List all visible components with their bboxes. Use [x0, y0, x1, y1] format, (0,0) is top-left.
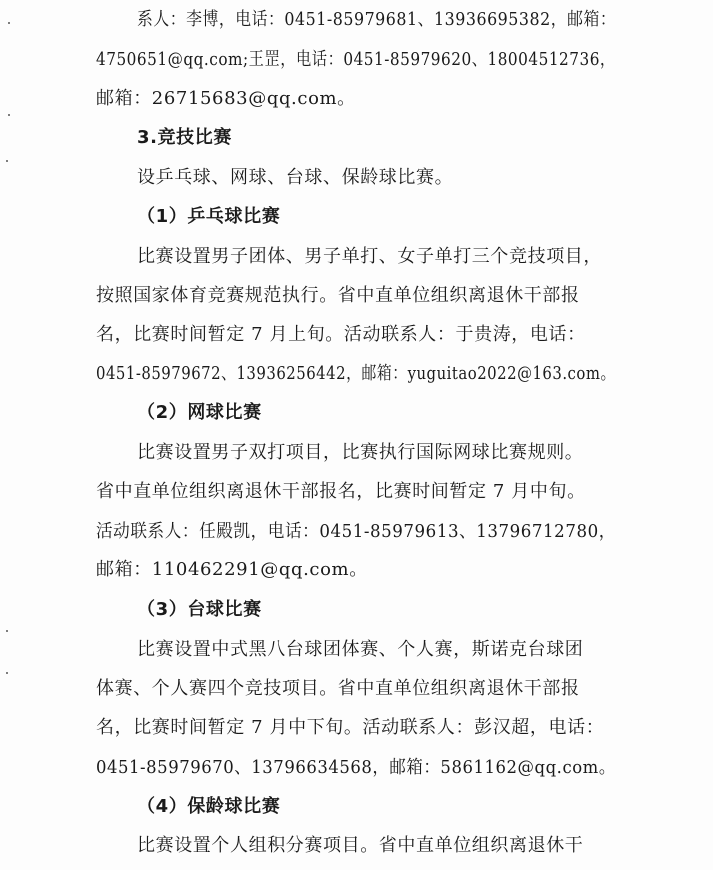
paragraph-line: 邮箱：110462291@qq.com。 — [96, 558, 616, 582]
text-line: 系人：李博，电话：0451-85979681、13936695382，邮箱： — [137, 8, 559, 32]
paragraph-line: 比赛设置中式黑八台球团体赛、个人赛，斯诺克台球团 — [137, 638, 616, 662]
scan-speck — [6, 630, 8, 632]
paragraph-line: 比赛设置男子双打项目，比赛执行国际网球比赛规则。 — [137, 441, 616, 465]
paragraph-line: 比赛设置男子团体、男子单打、女子单打三个竞技项目， — [137, 245, 616, 269]
text-line: 邮箱：26715683@qq.com。 — [96, 87, 616, 111]
section-heading: 3.竞技比赛 — [137, 126, 616, 150]
subsection-heading-tennis: （2）网球比赛 — [137, 401, 616, 425]
paragraph-line: 省中直单位组织离退休干部报名，比赛时间暂定 7 月中旬。 — [96, 480, 616, 504]
subsection-heading-billiards: （3）台球比赛 — [137, 598, 616, 622]
text-line: 4750651@qq.com;王罡，电话：0451-85979620、18004… — [96, 48, 537, 72]
subsection-heading-bowling: （4）保龄球比赛 — [137, 795, 616, 819]
subsection-heading-table-tennis: （1）乒乓球比赛 — [137, 205, 616, 229]
scan-speck — [8, 22, 10, 24]
paragraph-line: 比赛设置个人组积分赛项目。省中直单位组织离退休干 — [137, 834, 616, 858]
paragraph-line: 按照国家体育竞赛规范执行。省中直单位组织离退休干部报 — [96, 284, 616, 308]
paragraph-line: 体赛、个人赛四个竞技项目。省中直单位组织离退休干部报 — [96, 677, 616, 701]
paragraph-line: 活动联系人：任殿凯，电话：0451-85979613、13796712780， — [96, 520, 576, 544]
scan-speck — [6, 672, 8, 674]
document-page: 系人：李博，电话：0451-85979681、13936695382，邮箱： 4… — [0, 0, 713, 870]
section-intro: 设乒乓球、网球、台球、保龄球比赛。 — [137, 166, 616, 190]
paragraph-line: 0451-85979670、13796634568，邮箱：5861162@qq.… — [96, 756, 571, 780]
paragraph-line: 名，比赛时间暂定 7 月中下旬。活动联系人：彭汉超，电话： — [96, 716, 616, 740]
scan-speck — [8, 114, 10, 116]
paragraph-line: 0451-85979672、13936256442，邮箱：yuguitao202… — [96, 362, 526, 386]
scan-speck — [6, 160, 8, 162]
paragraph-line: 名，比赛时间暂定 7 月上旬。活动联系人：于贵涛，电话： — [96, 323, 616, 347]
